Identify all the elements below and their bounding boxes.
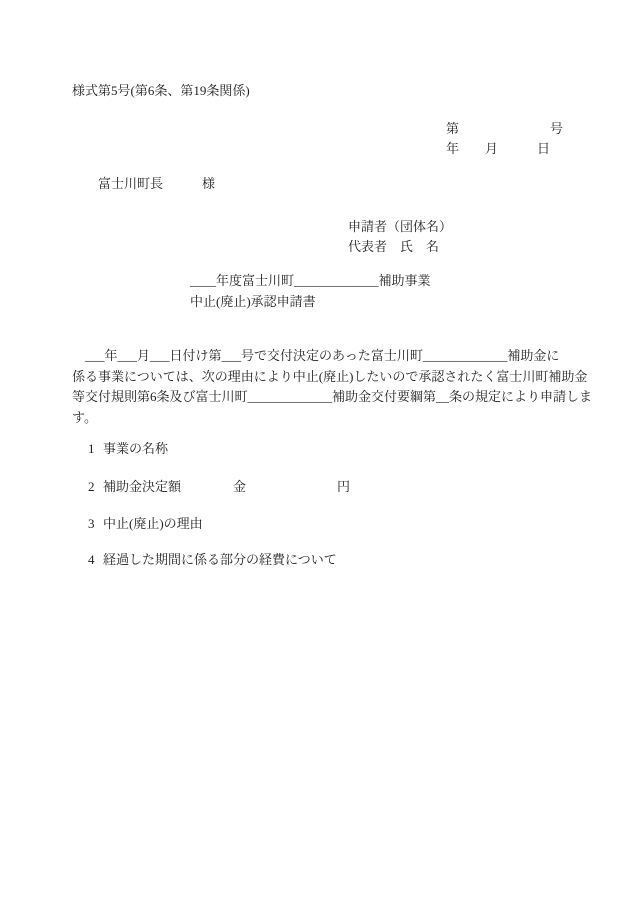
addressee-line: 富士川町長 様 (98, 177, 215, 191)
document-title-line2: 中止(廃止)承認申請書 (190, 292, 431, 313)
document-title: ____年度富士川町_____________補助事業 中止(廃止)承認申請書 (190, 271, 431, 312)
representative-name-label: 代表者 氏 名 (348, 237, 452, 257)
item-row-subsidy-amount: 2補助金決定額 金 円 (88, 480, 350, 494)
item-label: 経過した期間に係る部分の経費について (103, 552, 337, 567)
item-row-elapsed-expenses: 4経過した期間に係る部分の経費について (88, 553, 337, 567)
body-line-2: 係る事業については、次の理由により中止(廃止)したいので承認されたく富士川町補助… (72, 367, 592, 388)
item-row-project-name: 1事業の名称 (88, 442, 168, 456)
date-line: 年 月 日 (446, 142, 550, 156)
item-number: 3 (88, 517, 103, 531)
applicant-org-label: 申請者（団体名） (348, 217, 452, 237)
item-number: 1 (88, 442, 103, 456)
body-line-4: す。 (72, 408, 592, 429)
item-number: 2 (88, 480, 103, 494)
document-title-line1: ____年度富士川町_____________補助事業 (190, 271, 431, 292)
body-line-3: 等交付規則第6条及び富士川町_____________補助金交付要綱第__条の規… (72, 387, 592, 408)
body-line-1: ___年___月___日付け第___号で交付決定のあった富士川町________… (72, 346, 592, 367)
item-label: 事業の名称 (103, 441, 168, 456)
item-label: 中止(廃止)の理由 (103, 516, 203, 531)
applicant-block: 申請者（団体名） 代表者 氏 名 (348, 217, 452, 257)
item-label: 補助金決定額 金 円 (103, 479, 350, 494)
document-number-line: 第 号 (446, 122, 563, 136)
body-paragraph: ___年___月___日付け第___号で交付決定のあった富士川町________… (72, 346, 592, 428)
application-form-page: 様式第5号(第6条、第19条関係) 第 号 年 月 日 富士川町長 様 申請者（… (0, 0, 630, 915)
item-number: 4 (88, 553, 103, 567)
item-row-cancellation-reason: 3中止(廃止)の理由 (88, 517, 203, 531)
form-style-note: 様式第5号(第6条、第19条関係) (72, 84, 250, 98)
